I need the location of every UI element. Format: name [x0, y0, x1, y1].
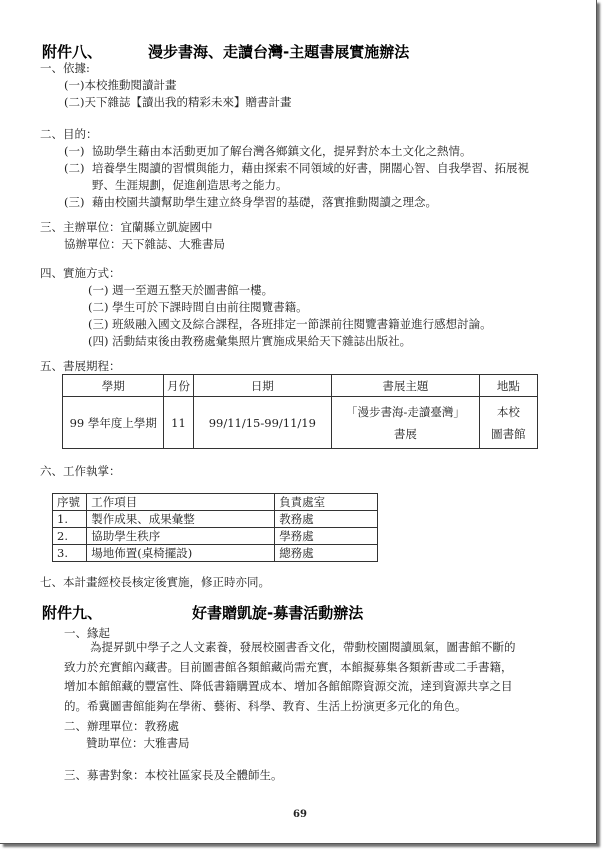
theme-line: 「漫步書海-走讀臺灣」	[332, 401, 479, 423]
header-task: 工作項目	[87, 494, 275, 511]
a8-sec4-item: (二) 學生可於下課時間自由前往閱覽書籍。	[88, 299, 308, 315]
header-date: 日期	[193, 375, 332, 397]
header-semester: 學期	[63, 375, 164, 397]
cell-office: 教務處	[275, 511, 378, 528]
a9-sec2-sponsor: 贊助單位：大雅書局	[86, 735, 190, 751]
a8-sec4-item: (一) 週一至週五整天於圖書館一樓。	[88, 282, 273, 298]
cell-date: 99/11/15-99/11/19	[193, 397, 332, 449]
cell-location: 本校 圖書館	[479, 397, 537, 449]
table-row: 1. 製作成果、成果彙整 教務處	[53, 511, 378, 528]
cell-task: 場地佈置(桌椅擺設)	[87, 545, 275, 562]
header-location: 地點	[479, 375, 537, 397]
header-theme: 書展主題	[332, 375, 480, 397]
a8-sec7: 七、本計畫經校長核定後實施，修正時亦同。	[40, 574, 270, 590]
a8-sec6-heading: 六、工作執掌：	[40, 463, 121, 479]
a9-sec3: 三、募書對象：本校社區家長及全體師生。	[64, 767, 283, 783]
a8-sec2-item-text: 協助學生藉由本活動更加了解台灣各鄉鎮文化，提昇對於本土文化之熱情。	[92, 143, 472, 159]
table-header-row: 序號 工作項目 負責處室	[53, 494, 378, 511]
a8-sec1-heading: 一、依據:	[40, 60, 90, 76]
a8-sec2-item-num: (一)	[64, 143, 84, 159]
cell-number: 2.	[53, 528, 87, 545]
table-row: 99 學年度上學期 11 99/11/15-99/11/19 「漫步書海-走讀臺…	[63, 397, 538, 449]
location-line: 圖書館	[480, 423, 537, 445]
cell-number: 3.	[53, 545, 87, 562]
a8-sec2-heading: 二、目的：	[40, 126, 98, 142]
document-page: 附件八、 漫步書海、走讀台灣-主題書展實施辦法 一、依據: (一)本校推動閱讀計…	[0, 0, 597, 844]
a8-sec2-item-cont: 野、生涯規劃，促進創造思考之能力。	[92, 177, 288, 193]
cell-semester: 99 學年度上學期	[63, 397, 164, 449]
a8-sec3-organizer: 三、主辦單位：宜蘭縣立凱旋國中	[40, 219, 213, 235]
a8-sec1-item: (二)天下雜誌【讀出我的精彩未來】贈書計畫	[64, 94, 291, 110]
appendix8-title: 漫步書海、走讀台灣-主題書展實施辦法	[148, 41, 409, 62]
a8-sec5-heading: 五、書展期程：	[40, 358, 121, 374]
a8-sec2-item-text: 培養學生閱讀的習慣與能力，藉由探索不同領域的好書，開闊心智、自我學習、拓展視	[92, 160, 529, 176]
cell-number: 1.	[53, 511, 87, 528]
appendix9-label: 附件九、	[42, 602, 102, 623]
cell-task: 協助學生秩序	[87, 528, 275, 545]
exhibition-schedule-table: 學期 月份 日期 書展主題 地點 99 學年度上學期 11 99/11/15-9…	[62, 374, 538, 449]
a8-sec3-co-organizer: 協辦單位：天下雜誌、大雅書局	[64, 236, 225, 252]
a8-sec2-item-num: (三)	[64, 194, 84, 210]
a8-sec2-item-text: 藉由校園共讀幫助學生建立終身學習的基礎，落實推動閱讀之理念。	[92, 194, 437, 210]
header-month: 月份	[164, 375, 193, 397]
cell-office: 總務處	[275, 545, 378, 562]
theme-line: 書展	[332, 423, 479, 445]
page-number: 69	[293, 809, 307, 820]
cell-office: 學務處	[275, 528, 378, 545]
cell-task: 製作成果、成果彙整	[87, 511, 275, 528]
appendix9-title: 好書贈凱旋-募書活動辦法	[192, 602, 363, 623]
header-number: 序號	[53, 494, 87, 511]
a8-sec1-item: (一)本校推動閱讀計畫	[64, 77, 176, 93]
a8-sec4-heading: 四、實施方式：	[40, 265, 121, 281]
a9-sec2-organizer: 二、辦理單位：教務處	[64, 718, 179, 734]
a8-sec4-item: (四) 活動結束後由教務處彙集照片實施成果給天下雜誌出版社。	[88, 333, 411, 349]
header-office: 負責處室	[275, 494, 378, 511]
table-header-row: 學期 月份 日期 書展主題 地點	[63, 375, 538, 397]
appendix8-label: 附件八、	[42, 41, 102, 62]
table-row: 3. 場地佈置(桌椅擺設) 總務處	[53, 545, 378, 562]
location-line: 本校	[480, 401, 537, 423]
a8-sec2-item-num: (二)	[64, 160, 84, 176]
responsibilities-table: 序號 工作項目 負責處室 1. 製作成果、成果彙整 教務處 2. 協助學生秩序 …	[52, 493, 378, 562]
cell-theme: 「漫步書海-走讀臺灣」 書展	[332, 397, 480, 449]
a8-sec4-item: (三) 班級融入國文及綜合課程，各班排定一節課前往閱覽書籍並進行感想討論。	[88, 316, 492, 332]
a9-sec1-paragraph: 為提昇凱中學子之人文素養，發展校園書香文化，帶動校園閱讀風氣，圖書館不斷的致力於…	[64, 638, 520, 716]
table-row: 2. 協助學生秩序 學務處	[53, 528, 378, 545]
cell-month: 11	[164, 397, 193, 449]
